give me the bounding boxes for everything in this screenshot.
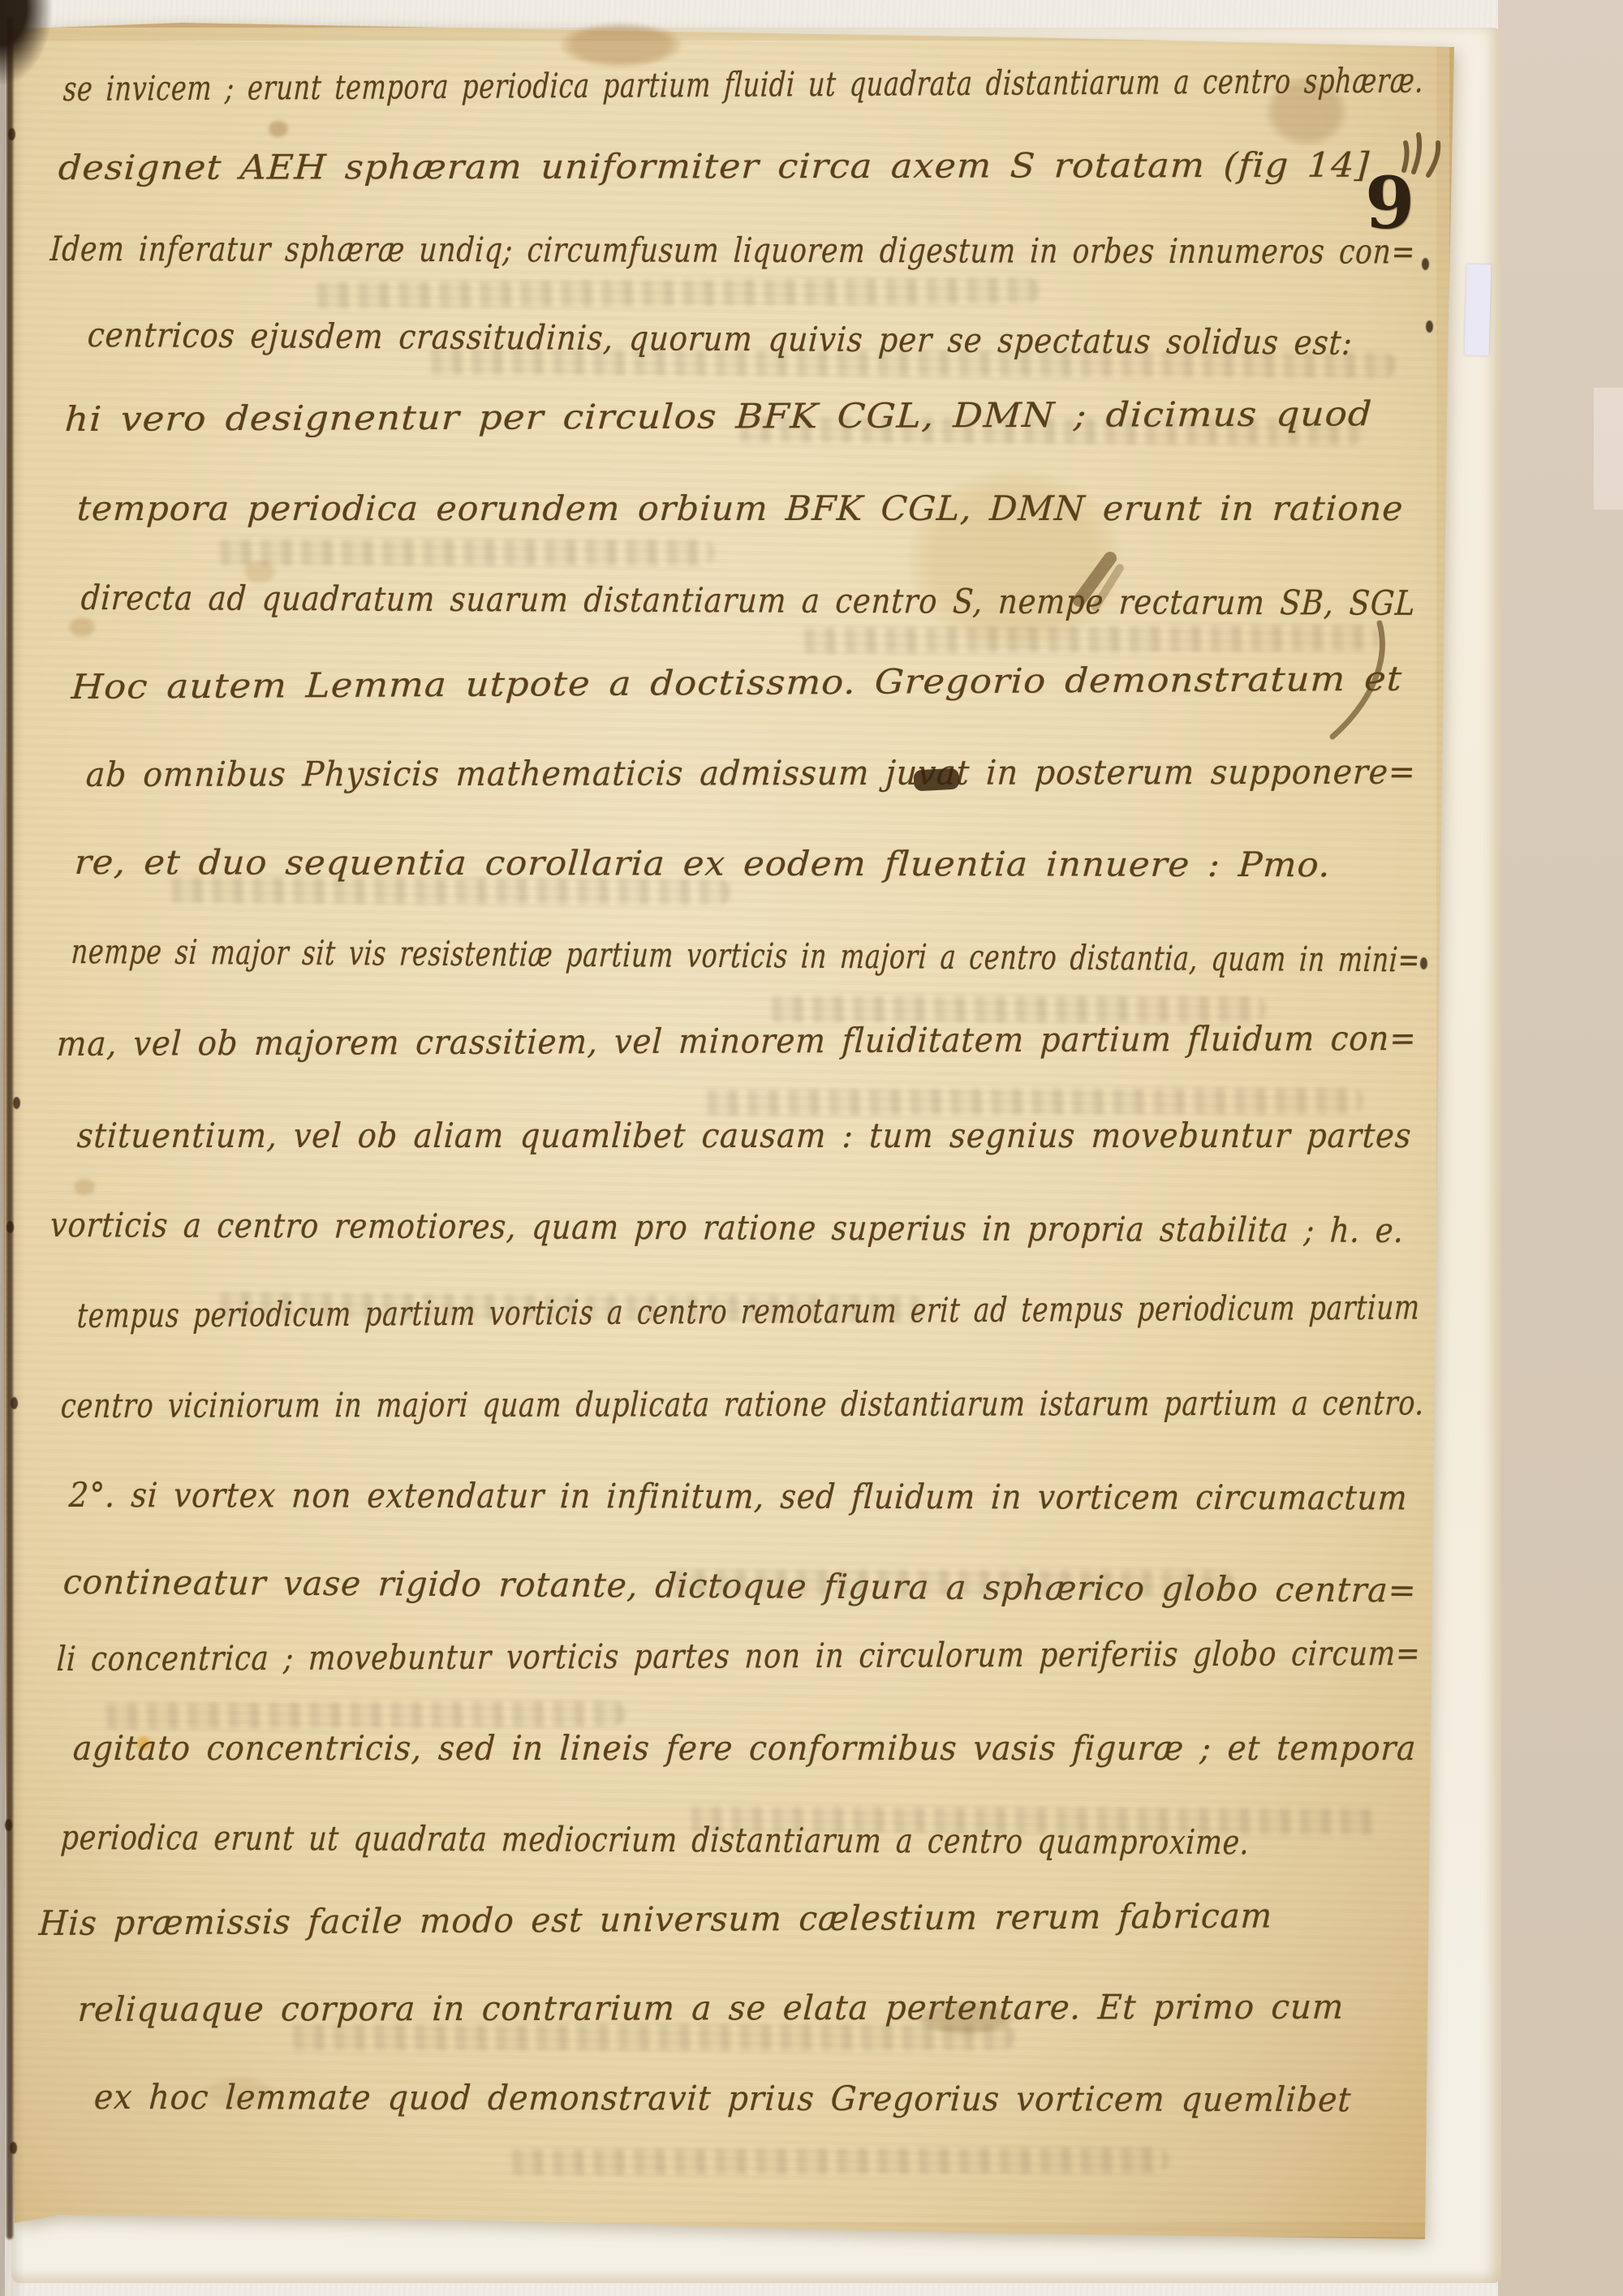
manuscript-photo: se invicem ; erunt tempora periodica par…: [0, 0, 1623, 2296]
ink-marks: [0, 0, 1623, 2296]
ink-smudge-icon: [1404, 135, 1438, 175]
flourish-icon: [1332, 623, 1382, 737]
strikethrough-blot-icon: [913, 768, 959, 792]
